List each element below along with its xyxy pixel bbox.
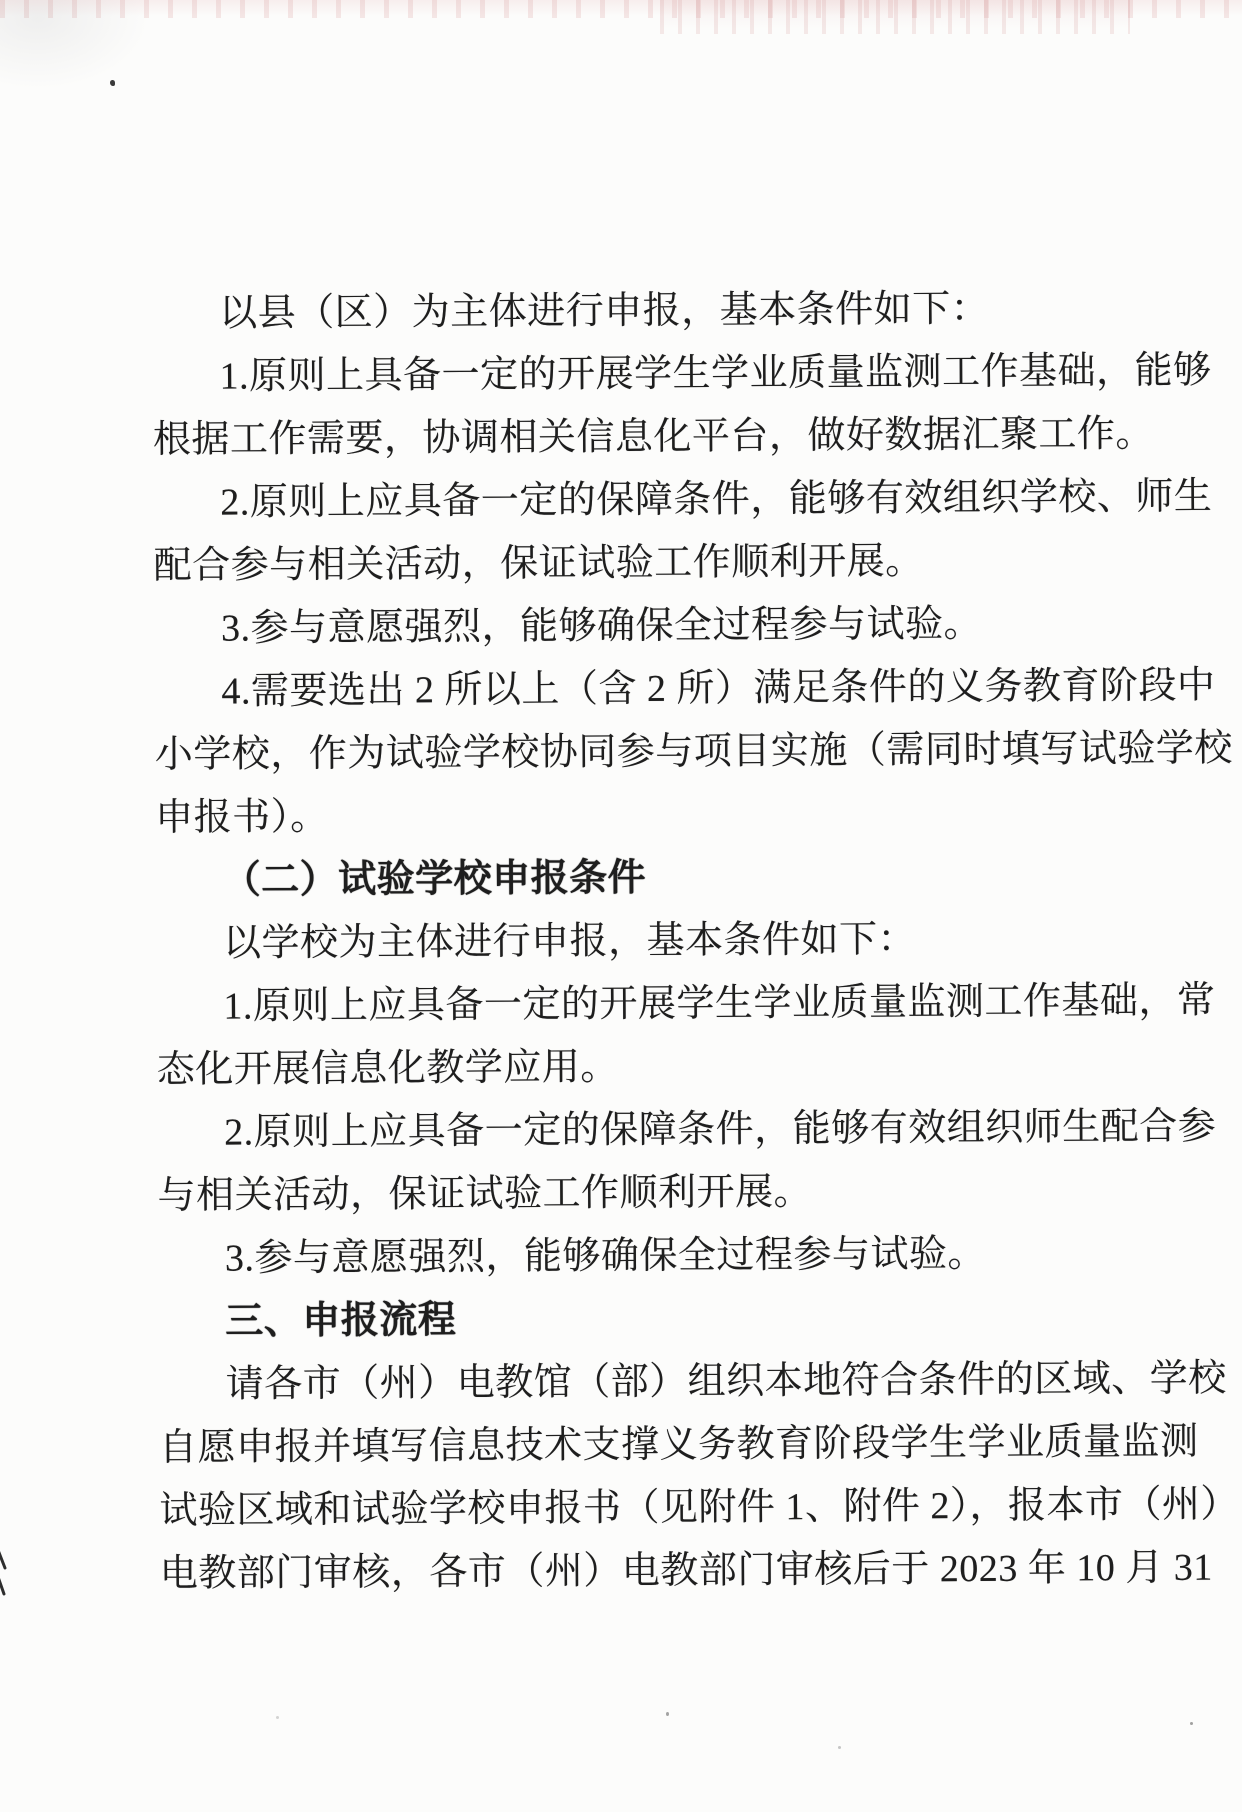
scan-artifact-speck: [838, 1746, 841, 1749]
scan-artifact-ink-dot: [110, 80, 115, 86]
text-line: 以学校为主体进行申报，基本条件如下：: [156, 907, 1146, 976]
scan-artifact-top-streaks-strong: [660, 0, 1130, 34]
scanned-document-page: 以县（区）为主体进行申报，基本条件如下： 1.原则上具备一定的开展学生学业质量监…: [0, 0, 1242, 1812]
text-line: 配合参与相关活动，保证试验工作顺利开展。: [154, 529, 1144, 598]
document-body: 以县（区）为主体进行申报，基本条件如下： 1.原则上具备一定的开展学生学业质量监…: [152, 277, 1150, 1606]
text-line: 小学校，作为试验学校协同参与项目实施（需同时填写试验学校: [155, 718, 1145, 787]
scan-artifact-top-streaks: [0, 0, 1242, 18]
scan-artifact-corner-smudge: [0, 0, 150, 90]
section-heading-application-process: 三、申报流程: [158, 1285, 1148, 1354]
section-heading-school-conditions: （二）试验学校申报条件: [155, 844, 1145, 913]
scan-artifact-pen-mark: [0, 1548, 16, 1600]
text-line: 与相关活动，保证试验工作顺利开展。: [157, 1159, 1147, 1228]
text-line: 态化开展信息化教学应用。: [157, 1033, 1147, 1102]
text-line: 电教部门审核，各市（州）电教部门审核后于 2023 年 10 月 31: [160, 1537, 1150, 1606]
text-line: 申报书）。: [155, 781, 1145, 850]
text-line: 4.需要选出 2 所以上（含 2 所）满足条件的义务教育阶段中: [154, 655, 1144, 724]
text-line: 根据工作需要，协调相关信息化平台，做好数据汇聚工作。: [153, 403, 1143, 472]
scan-artifact-speck: [276, 1716, 279, 1719]
text-line: 2.原则上应具备一定的保障条件，能够有效组织学校、师生: [153, 466, 1143, 535]
text-line: 2.原则上应具备一定的保障条件，能够有效组织师生配合参: [157, 1096, 1147, 1165]
text-line: 1.原则上应具备一定的开展学生学业质量监测工作基础，常: [156, 970, 1146, 1039]
scan-artifact-speck: [1190, 1722, 1193, 1725]
scan-artifact-speck: [666, 1712, 669, 1716]
text-line: 试验区域和试验学校申报书（见附件 1、附件 2），报本市（州）: [159, 1474, 1149, 1543]
text-line: 1.原则上具备一定的开展学生学业质量监测工作基础，能够: [152, 340, 1142, 409]
text-line: 3.参与意愿强烈，能够确保全过程参与试验。: [154, 592, 1144, 661]
text-line: 自愿申报并填写信息技术支撑义务教育阶段学生学业质量监测: [159, 1411, 1149, 1480]
text-line: 请各市（州）电教馆（部）组织本地符合条件的区域、学校: [159, 1348, 1149, 1417]
text-line: 以县（区）为主体进行申报，基本条件如下：: [152, 277, 1142, 346]
text-line: 3.参与意愿强烈，能够确保全过程参与试验。: [158, 1222, 1148, 1291]
